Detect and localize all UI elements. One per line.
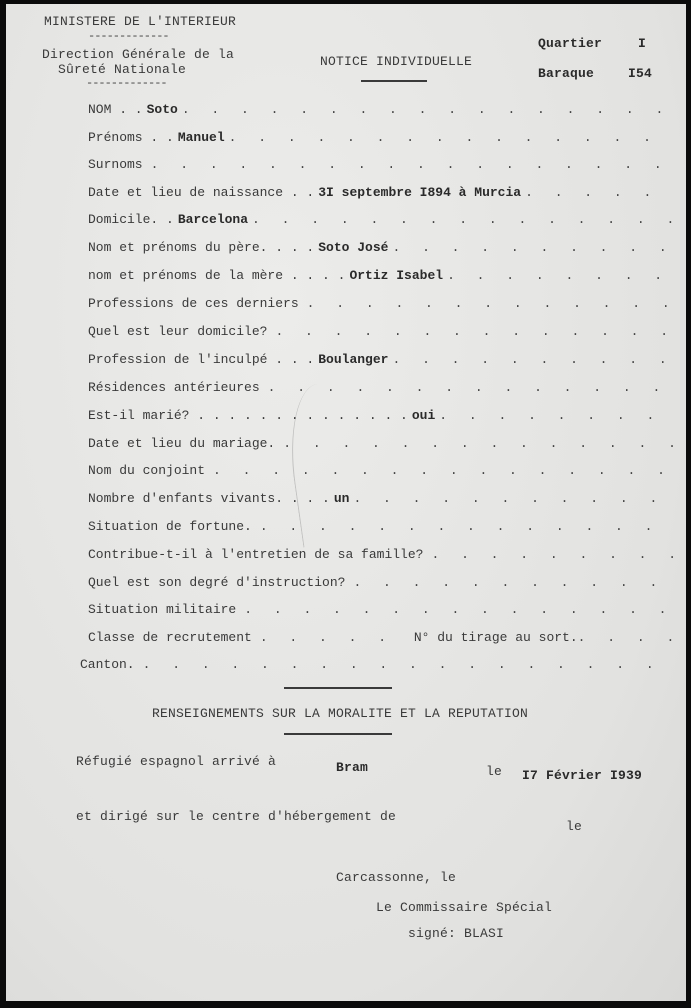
field-value: 3I septembre I894 à Murcia bbox=[318, 185, 521, 200]
field-naissance: Date et lieu de naissance . .3I septembr… bbox=[88, 185, 674, 203]
signature-title: Le Commissaire Spécial bbox=[376, 900, 552, 915]
quartier-label: Quartier bbox=[538, 36, 602, 51]
baraque-label: Baraque bbox=[538, 66, 594, 81]
arrival-le: le bbox=[486, 764, 502, 779]
field-instruction: Quel est son degré d'instruction? bbox=[88, 575, 674, 593]
field-value: Boulanger bbox=[318, 352, 388, 367]
field-conjoint: Nom du conjoint bbox=[88, 463, 674, 481]
field-value: Ortiz Isabel bbox=[349, 268, 443, 283]
field-professions-parents: Professions de ces derniers bbox=[88, 296, 674, 314]
field-mariage: Date et lieu du mariage. bbox=[88, 436, 674, 454]
direction-line-2: Sûreté Nationale bbox=[58, 62, 186, 77]
field-pere: Nom et prénoms du père. . . .Soto José bbox=[88, 240, 674, 258]
field-surnoms: Surnoms bbox=[88, 157, 674, 175]
field-contribue: Contribue-t-il à l'entretien de sa famil… bbox=[88, 547, 674, 565]
field-nom: NOM . .Soto bbox=[88, 102, 674, 120]
arrival-place: Bram bbox=[336, 760, 368, 775]
tirage-label: N° du tirage au sort. bbox=[414, 630, 578, 645]
field-marie: Est-il marié? . . . . . . . . . . . . . … bbox=[88, 408, 674, 426]
direction-line-1: Direction Générale de la bbox=[42, 47, 234, 62]
field-domicile: Domicile. .Barcelona bbox=[88, 212, 674, 230]
field-canton: Canton. bbox=[80, 657, 674, 675]
field-classe: Classe de recrutementN° du tirage au sor… bbox=[88, 630, 674, 648]
field-mere: nom et prénoms de la mère . . . .Ortiz I… bbox=[88, 268, 674, 286]
baraque-value: I54 bbox=[628, 66, 652, 81]
divider: ------------- bbox=[88, 29, 169, 43]
signature-place-date: Carcassonne, le bbox=[336, 870, 456, 885]
field-value: oui bbox=[412, 408, 435, 423]
quartier-value: I bbox=[638, 36, 646, 51]
field-value: Manuel bbox=[178, 130, 225, 145]
divider: ------------- bbox=[86, 76, 167, 90]
arrival-date: I7 Février I939 bbox=[522, 768, 642, 783]
section-title: RENSEIGNEMENTS SUR LA MORALITE ET LA REP… bbox=[152, 706, 528, 721]
field-prenoms: Prénoms . .Manuel bbox=[88, 130, 674, 148]
field-enfants: Nombre d'enfants vivants. . . .un bbox=[88, 491, 674, 509]
directed-text: et dirigé sur le centre d'hébergement de bbox=[76, 809, 396, 824]
signature-signed: signé: BLASI bbox=[408, 926, 504, 941]
field-domicile-parents: Quel est leur domicile? bbox=[88, 324, 674, 342]
section-rule-top bbox=[284, 687, 392, 689]
section-rule-bottom bbox=[284, 733, 392, 735]
field-value: Soto José bbox=[318, 240, 388, 255]
directed-le: le bbox=[566, 819, 582, 834]
ministry-heading: MINISTERE DE L'INTERIEUR bbox=[44, 14, 236, 29]
document-title: NOTICE INDIVIDUELLE bbox=[320, 54, 472, 69]
arrival-text: Réfugié espagnol arrivé à bbox=[76, 754, 276, 769]
field-fortune: Situation de fortune. bbox=[88, 519, 674, 537]
field-value: Soto bbox=[147, 102, 178, 117]
field-residences: Résidences antérieures bbox=[88, 380, 674, 398]
field-profession: Profession de l'inculpé . . .Boulanger bbox=[88, 352, 674, 370]
document-page: MINISTERE DE L'INTERIEUR ------------- D… bbox=[6, 4, 686, 1001]
field-militaire: Situation militaire bbox=[88, 602, 674, 620]
title-underline bbox=[361, 80, 427, 82]
field-value: Barcelona bbox=[178, 212, 248, 227]
